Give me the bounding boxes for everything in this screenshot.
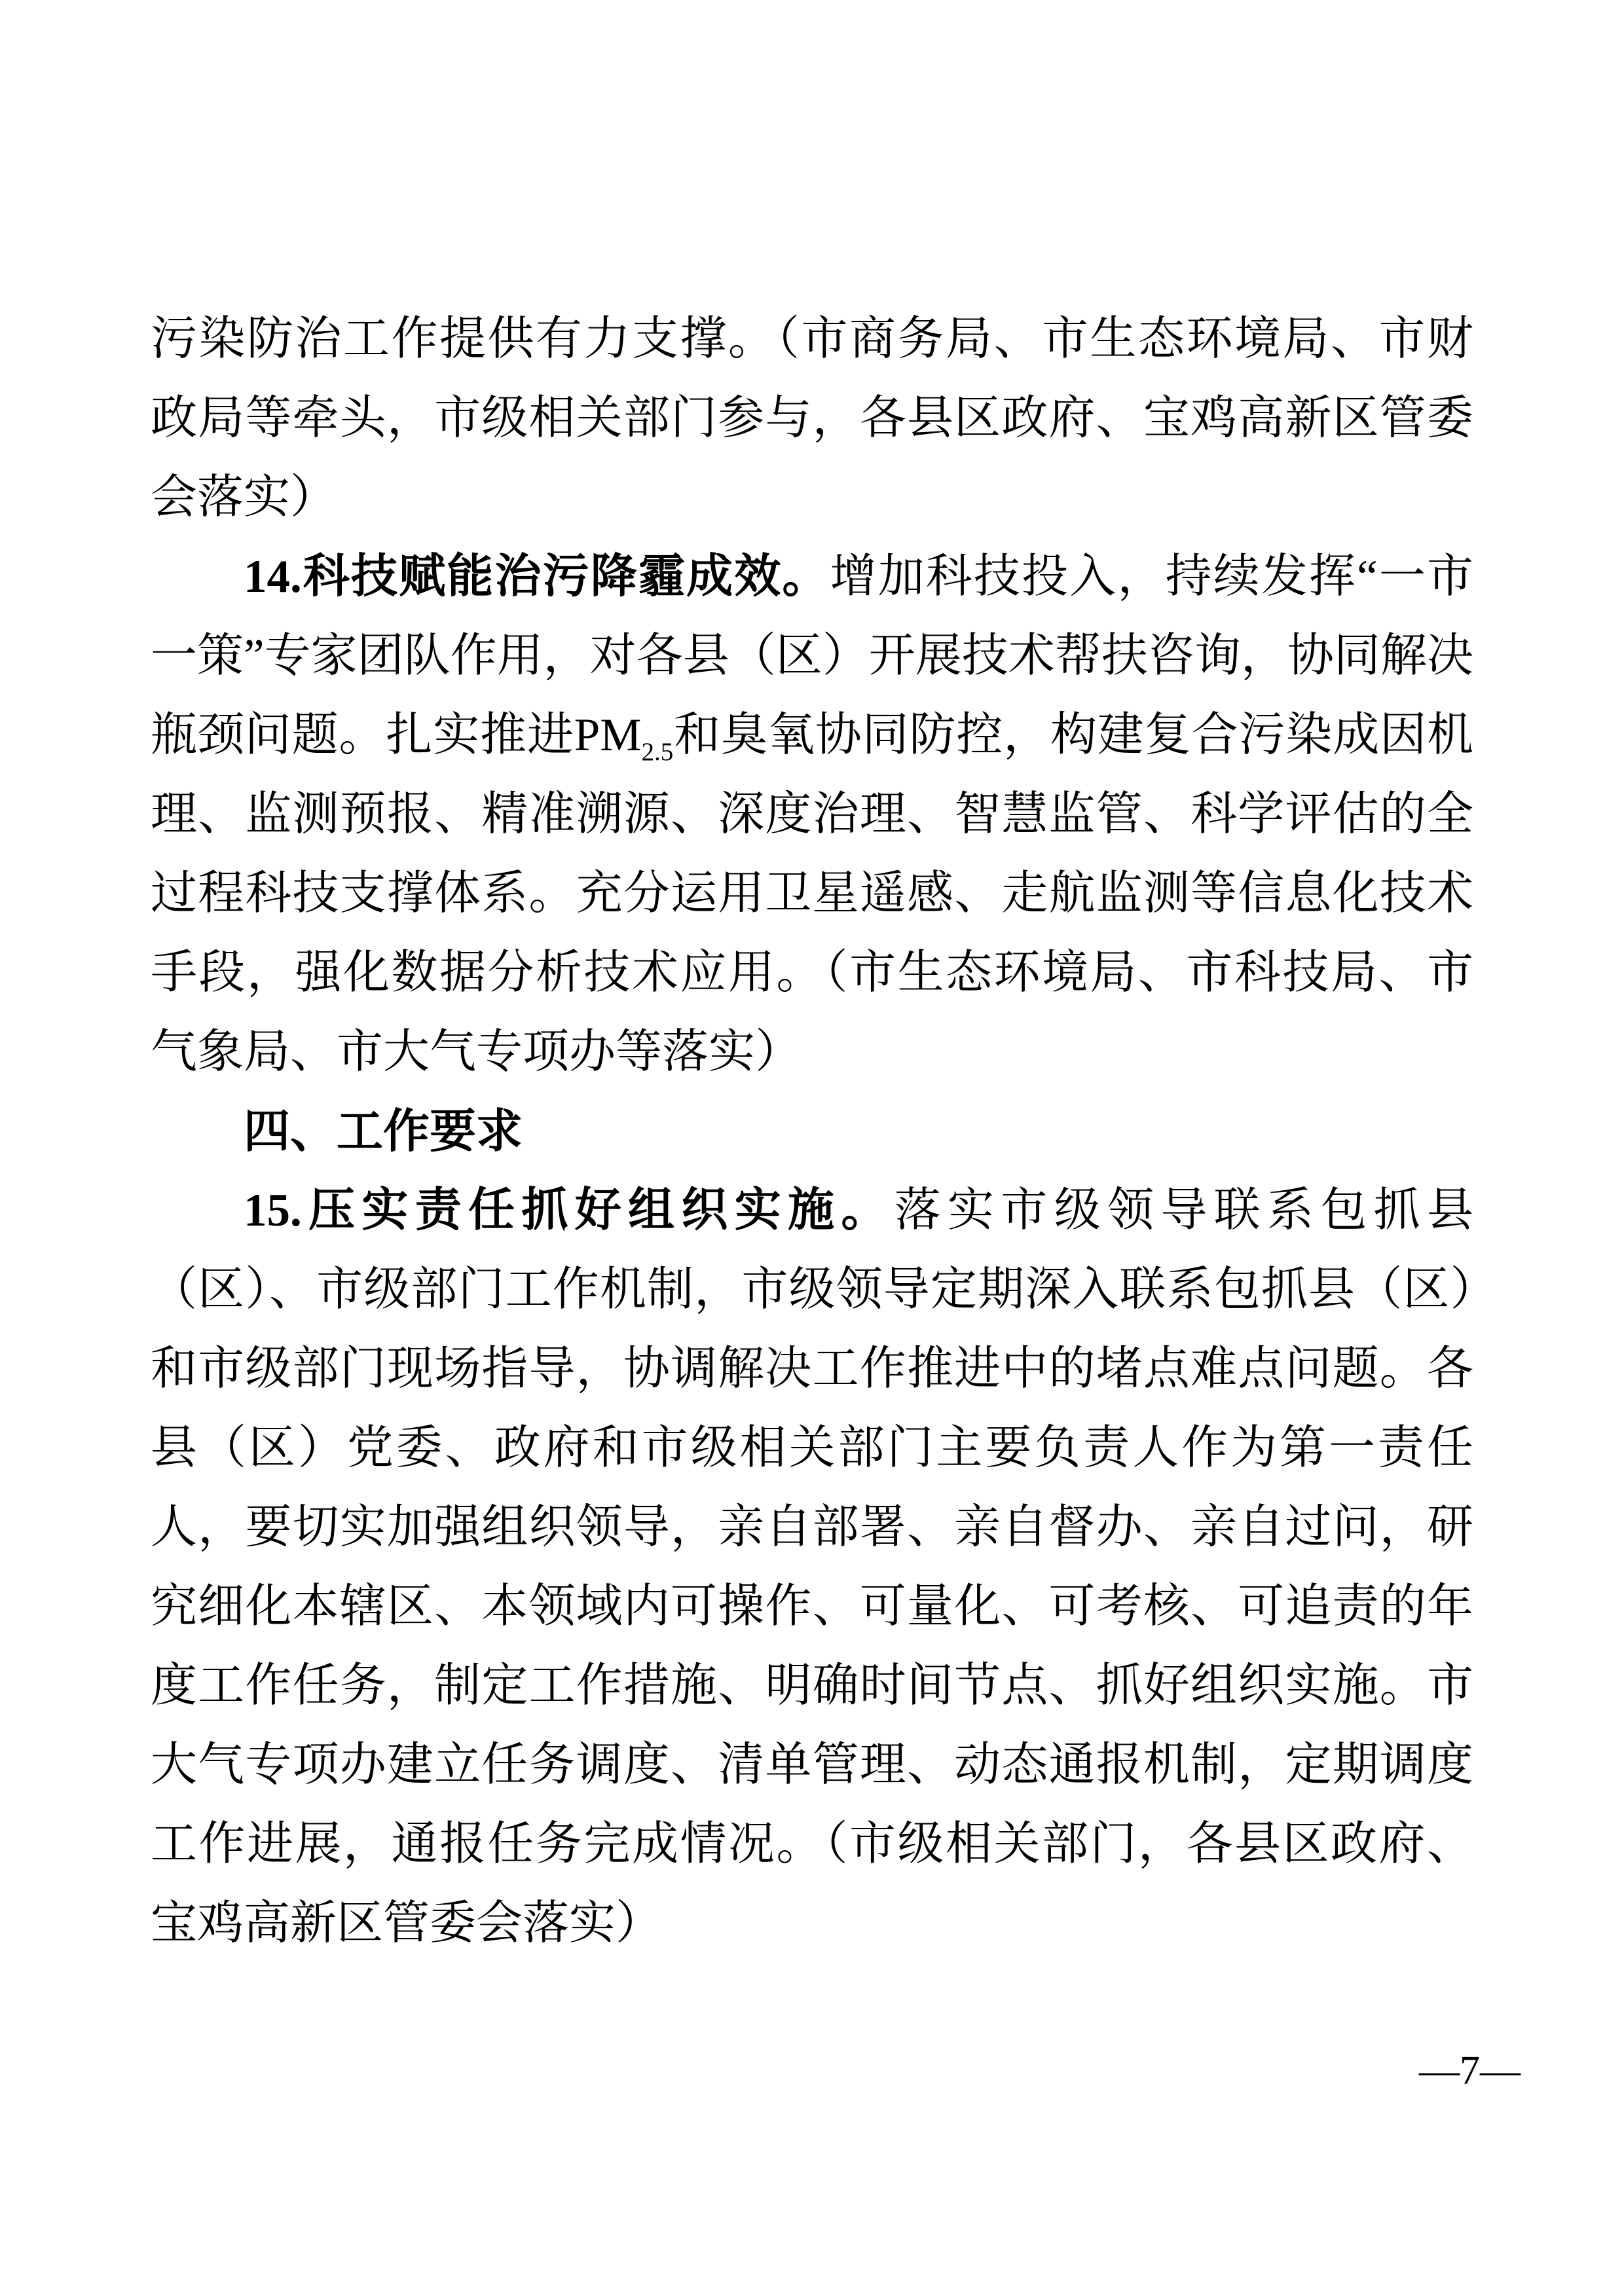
document-body: 污染防治工作提供有力支撑。（市商务局、市生态环境局、市财政局等牵头，市级相关部门… [151,300,1473,1963]
text-segment-bold: 15.压实责任抓好组织实施。 [244,1185,895,1236]
body-paragraph: 14.科技赋能治污降霾成效。增加科技投入，持续发挥“一市一策”专家团队作用，对各… [151,538,1473,1092]
body-paragraph: 污染防治工作提供有力支撑。（市商务局、市生态环境局、市财政局等牵头，市级相关部门… [151,300,1473,538]
document-page: { "page": { "number": "—7—", "paragraphs… [0,0,1624,2296]
page-number: —7— [1419,2048,1521,2094]
section-heading: 四、工作要求 [151,1092,1473,1171]
text-segment-heading: 四、工作要求 [244,1106,523,1157]
text-segment-normal: 污染防治工作提供有力支撑。 [151,314,777,365]
text-segment-subscript: 2.5 [641,738,673,766]
text-segment-normal: 落实市级领导联系包抓县（区）、市级部门工作机制，市级领导定期深入联系包抓县（区）… [151,1185,1473,1870]
text-segment-bold: 14.科技赋能治污降霾成效。 [244,551,830,602]
body-paragraph: 15.压实责任抓好组织实施。落实市级领导联系包抓县（区）、市级部门工作机制，市级… [151,1171,1473,1963]
